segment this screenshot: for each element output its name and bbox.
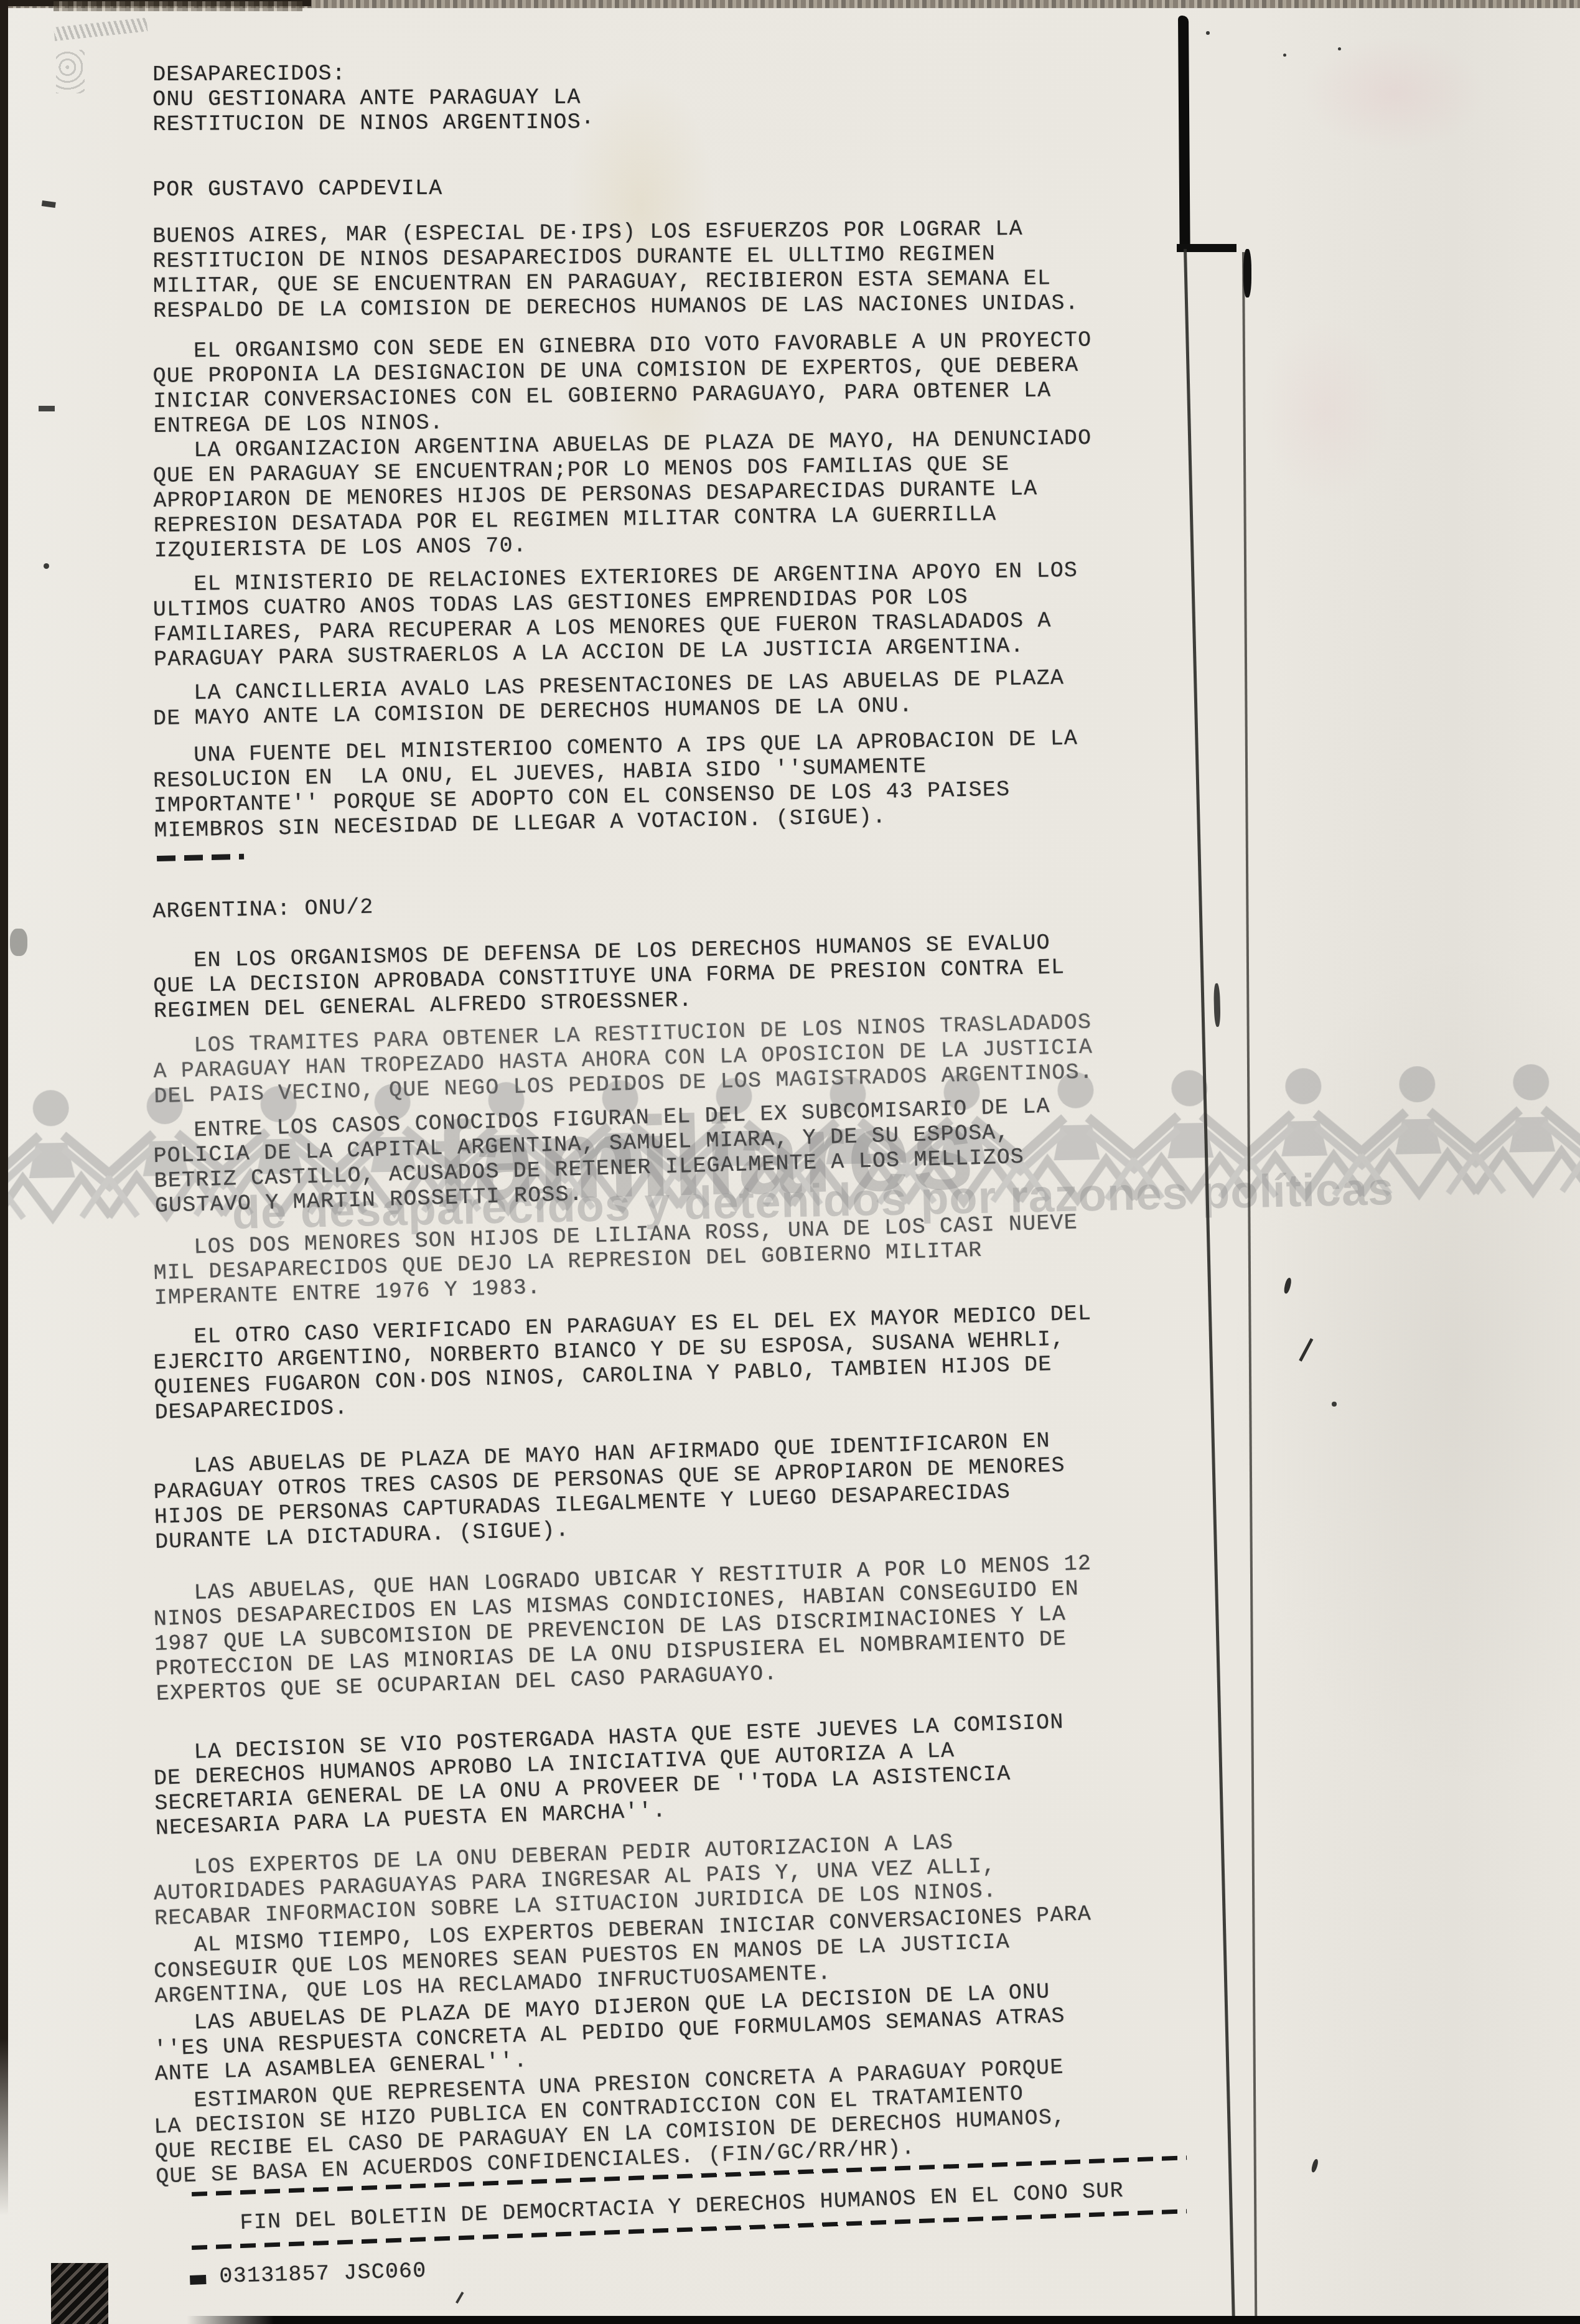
scanned-document-photo: { "document_type": "scanned typewritten … xyxy=(0,0,1580,2324)
paragraph: EN LOS ORGANISMOS DE DEFENSA DE LOS DERE… xyxy=(152,930,1066,1024)
scan-fold-bar xyxy=(1178,16,1190,247)
stray-mark xyxy=(1338,47,1341,50)
stray-mark xyxy=(1332,1402,1337,1407)
scan-fold-blob xyxy=(1213,983,1221,1027)
scan-fold-line xyxy=(1242,252,1257,2324)
stray-mark xyxy=(1311,2158,1319,2173)
footer-code: 03131857 JSC060 xyxy=(219,2259,427,2289)
scan-bottom-edge xyxy=(187,2316,1580,2324)
section-header: ARGENTINA: ONU/2 xyxy=(152,895,374,924)
margin-mark xyxy=(39,406,55,411)
text-line: ONU GESTIONARA ANTE PARAGUAY LA xyxy=(152,85,595,112)
article-title: DESAPARECIDOS:ONU GESTIONARA ANTE PARAGU… xyxy=(152,60,595,137)
paragraph: UNA FUENTE DEL MINISTERIOO COMENTO A IPS… xyxy=(152,726,1080,843)
stray-mark xyxy=(1299,1338,1313,1362)
byline: POR GUSTAVO CAPDEVILA xyxy=(152,176,442,202)
paragraph: EL OTRO CASO VERIFICADO EN PARAGUAY ES E… xyxy=(152,1301,1094,1425)
paragraph: EL MINISTERIO DE RELACIONES EXTERIORES D… xyxy=(152,558,1079,672)
paragraph: LAS ABUELAS, QUE HAN LOGRADO UBICAR Y RE… xyxy=(152,1551,1095,1707)
margin-mark xyxy=(10,929,27,956)
scan-corner-hatch xyxy=(51,2263,108,2324)
margin-mark xyxy=(42,200,56,208)
scanned-page: familiares de desaparecidos y detenidos … xyxy=(0,0,1580,2324)
paragraph: EL ORGANISMO CON SEDE EN GINEBRA DIO VOT… xyxy=(152,328,1093,439)
stray-mark xyxy=(1283,54,1286,57)
paragraph: LAS ABUELAS DE PLAZA DE MAYO HAN AFIRMAD… xyxy=(152,1428,1067,1555)
paragraph: LA DECISION SE VIO POSTERGADA HASTA QUE … xyxy=(152,1710,1067,1841)
margin-mark xyxy=(44,563,49,569)
paragraph: LA CANCILLERIA AVALO LAS PRESENTACIONES … xyxy=(152,665,1065,731)
footer-marker xyxy=(190,2275,207,2285)
text-line: RESTITUCION DE NINOS ARGENTINOS· xyxy=(152,110,595,137)
scan-top-edge-speckle xyxy=(54,1,302,11)
stray-mark xyxy=(1283,1277,1293,1294)
text-line: DESAPARECIDOS: xyxy=(152,60,595,87)
scan-fold-line xyxy=(1184,249,1235,2323)
scan-fold-blob xyxy=(1243,249,1251,298)
stray-mark xyxy=(456,2292,464,2303)
paragraph: BUENOS AIRES, MAR (ESPECIAL DE·IPS) LOS … xyxy=(152,216,1079,324)
pencil-scribble xyxy=(56,50,85,93)
pencil-scribble xyxy=(54,17,147,41)
end-of-item-dash-rule xyxy=(157,854,244,861)
scan-left-edge xyxy=(0,0,8,2216)
paragraph: LA ORGANIZACION ARGENTINA ABUELAS DE PLA… xyxy=(152,426,1093,563)
stray-mark xyxy=(1206,31,1210,35)
